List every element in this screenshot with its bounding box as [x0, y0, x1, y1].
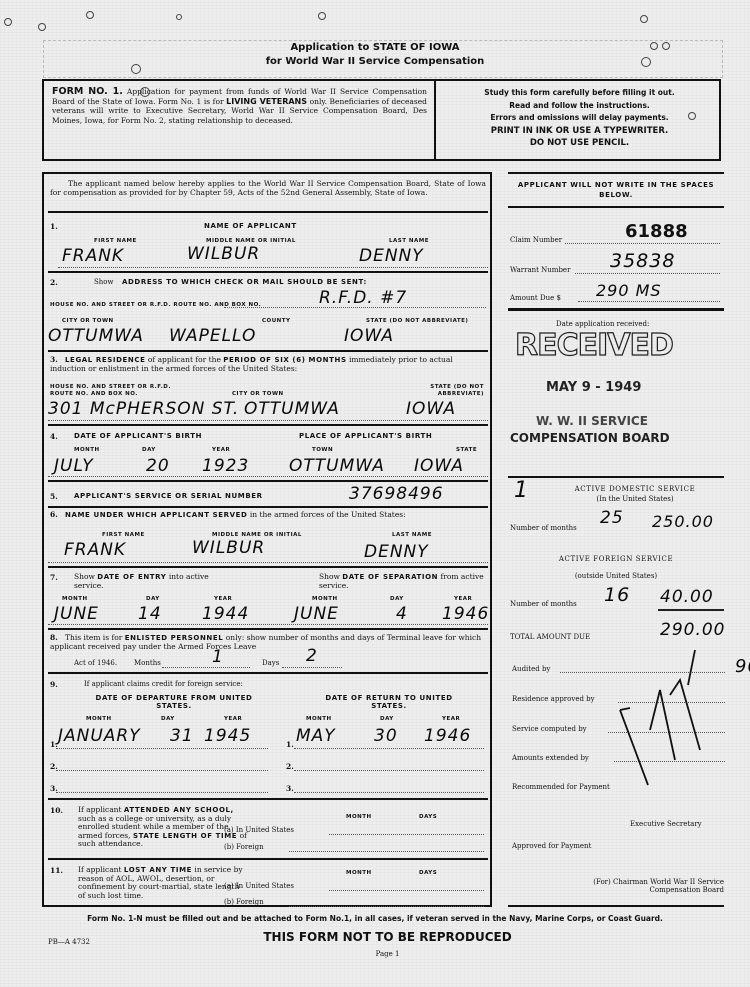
field-label: LAST NAME — [392, 532, 432, 538]
section-title: DATE OF APPLICANT'S BIRTH — [74, 432, 202, 440]
domestic-months-label: Number of months — [510, 524, 577, 532]
amount-due-value[interactable]: 290 MS — [596, 281, 662, 300]
divider — [48, 566, 488, 568]
instruction-line: Errors and omissions will delay payments… — [442, 112, 717, 125]
separation-title: Show DATE OF SEPARATION from active serv… — [319, 573, 489, 590]
entry-day-value[interactable]: 14 — [138, 604, 162, 624]
days-label: Days — [262, 659, 279, 667]
birth-day-value[interactable]: 20 — [146, 456, 170, 476]
bold-text: STATE LENGTH OF TIME — [133, 832, 237, 840]
section-number: 9. — [50, 680, 58, 689]
field-label: STATE (DO NOT ABBREVIATE) — [384, 384, 484, 398]
foreign-service-title: ACTIVE FOREIGN SERVICE — [508, 555, 724, 563]
mailing-city-value[interactable]: OTTUMWA — [48, 326, 144, 346]
mailing-street-value[interactable]: R.F.D. #7 — [319, 288, 407, 308]
divider — [48, 798, 488, 800]
return-title: DATE OF RETURN TO UNITED STATES. — [314, 694, 464, 710]
field-label: LAST NAME — [389, 238, 429, 244]
entry-title: Show DATE OF ENTRY into active service. — [74, 573, 234, 590]
field-label: FIRST NAME — [94, 238, 137, 244]
sum-underline — [658, 609, 724, 611]
divider — [508, 905, 724, 907]
received-stamp: RECEIVED — [515, 328, 673, 363]
fill-line — [224, 307, 486, 308]
fill-line — [289, 851, 484, 852]
mailing-state-value[interactable]: IOWA — [344, 326, 394, 346]
separation-month-value[interactable]: JUNE — [294, 604, 339, 624]
departure-title: DATE OF DEPARTURE FROM UNITED STATES. — [84, 694, 264, 710]
last-name-value[interactable]: DENNY — [359, 246, 424, 266]
section-number: 11. — [50, 866, 63, 875]
scan-speck — [640, 15, 648, 23]
office-use-header: APPLICANT WILL NOT WRITE IN THE SPACES B… — [508, 180, 724, 200]
divider — [508, 206, 724, 208]
field-label: YEAR — [214, 596, 232, 602]
act-label: Act of 1946. — [74, 659, 117, 667]
birth-town-value[interactable]: OTTUMWA — [289, 456, 385, 476]
field-label: CITY OR TOWN — [62, 318, 114, 324]
section-6-header: 6. NAME UNDER WHICH APPLICANT SERVED in … — [50, 511, 486, 520]
section-number: 1. — [50, 222, 58, 231]
field-label: DAY — [146, 596, 160, 602]
instruction-line: Read and follow the instructions. — [442, 100, 717, 113]
form-info-divider — [434, 81, 436, 159]
served-first-name-value[interactable]: FRANK — [64, 540, 126, 560]
birth-month-value[interactable]: JULY — [54, 456, 94, 476]
stamp-board-line-2: COMPENSATION BOARD — [510, 431, 670, 445]
leave-months-value[interactable]: 1 — [212, 647, 224, 667]
domestic-service-subtitle: (In the United States) — [540, 495, 730, 503]
fill-line — [575, 273, 720, 274]
section-number: 7. — [50, 573, 58, 582]
chairman-label: (For) Chairman World War II Service Comp… — [578, 878, 724, 894]
warrant-number-label: Warrant Number — [510, 266, 570, 274]
section-10-text: If applicant ATTENDED ANY SCHOOL, such a… — [78, 806, 248, 849]
section-number: 2. — [50, 278, 58, 287]
column-label: DAYS — [419, 870, 437, 876]
claim-number-value[interactable]: 61888 — [625, 221, 688, 242]
foreign-months-value[interactable]: 16 — [604, 584, 630, 606]
section-prefix: Show — [94, 278, 114, 286]
section-title: APPLICANT'S SERVICE OR SERIAL NUMBER — [74, 492, 263, 500]
row-number: 2. — [286, 762, 294, 771]
divider — [48, 424, 488, 426]
bold-text: DATE OF ENTRY — [97, 573, 166, 581]
stamp-board-line-1: W. W. II SERVICE — [536, 414, 648, 428]
amount-due-label: Amount Due $ — [510, 294, 561, 302]
page-number: Page 1 — [0, 950, 750, 958]
served-last-name-value[interactable]: DENNY — [364, 542, 429, 562]
leave-days-value[interactable]: 2 — [306, 646, 318, 666]
field-label: DAY — [390, 596, 404, 602]
separation-year-value[interactable]: 1946 — [442, 604, 489, 624]
fill-line — [58, 267, 488, 268]
form-description: FORM NO. 1. Application for payment from… — [52, 87, 427, 125]
scan-speck — [38, 23, 46, 31]
signature-initials — [600, 650, 710, 790]
foreign-service-subtitle: (outside United States) — [508, 572, 724, 580]
fill-line — [48, 624, 488, 625]
scan-speck — [86, 11, 94, 19]
received-stamp-date: MAY 9 - 1949 — [546, 380, 641, 395]
fill-line — [56, 748, 268, 749]
column-label: MONTH — [346, 870, 372, 876]
divider — [48, 506, 488, 508]
divider — [48, 672, 488, 674]
form-info-box: FORM NO. 1. Application for payment from… — [42, 79, 721, 161]
fill-line — [48, 476, 488, 477]
section-number: 4. — [50, 432, 58, 441]
departure-year-value[interactable]: 1945 — [204, 726, 251, 746]
section-11-text: If applicant LOST ANY TIME in service by… — [78, 866, 248, 900]
row-label: (a) In United States — [224, 826, 294, 834]
title-line-1: Application to STATE OF IOWA — [0, 42, 750, 53]
residence-state-value[interactable]: IOWA — [406, 399, 456, 419]
reproduction-warning: THIS FORM NOT TO BE REPRODUCED — [0, 930, 750, 944]
audited-by-label: Audited by — [512, 665, 550, 673]
instructions: Study this form carefully before filling… — [442, 87, 717, 150]
mailing-county-value[interactable]: WAPELLO — [169, 326, 256, 346]
fill-line — [294, 748, 484, 749]
fill-line — [48, 420, 488, 421]
fill-line — [282, 667, 342, 668]
divider — [508, 308, 724, 311]
fill-line — [162, 667, 250, 668]
serial-number-value[interactable]: 37698496 — [349, 484, 444, 504]
fill-line — [329, 834, 484, 835]
warrant-number-value[interactable]: 35838 — [610, 250, 675, 272]
birth-state-value[interactable]: IOWA — [414, 456, 464, 476]
claim-number-label: Claim Number — [510, 236, 562, 244]
field-label: COUNTY — [262, 318, 291, 324]
field-label: STATE — [456, 447, 477, 453]
field-label: YEAR — [212, 447, 230, 453]
scan-speck — [4, 18, 12, 26]
row-number: 1. — [286, 740, 294, 749]
field-label: YEAR — [454, 596, 472, 602]
domestic-check-mark: 1 — [514, 478, 529, 503]
scan-speck — [318, 12, 326, 20]
title-line-2: for World War II Service Compensation — [0, 56, 750, 67]
domestic-amount-value[interactable]: 250.00 — [652, 512, 714, 531]
applicant-section: The applicant named below hereby applies… — [42, 172, 492, 907]
return-month-value[interactable]: MAY — [296, 726, 336, 746]
section-8-header: 8. This item is for ENLISTED PERSONNEL o… — [50, 634, 486, 651]
executive-secretary-label: Executive Secretary — [630, 820, 702, 828]
field-label: TOWN — [312, 447, 333, 453]
fill-line — [294, 770, 484, 771]
fill-line — [56, 770, 268, 771]
total-amount-label: TOTAL AMOUNT DUE — [510, 633, 590, 641]
divider — [48, 628, 488, 630]
return-day-value[interactable]: 30 — [374, 726, 398, 746]
fill-line — [48, 562, 488, 563]
field-label: DAY — [380, 716, 394, 722]
section-number: 10. — [50, 806, 63, 815]
entry-month-value[interactable]: JUNE — [54, 604, 99, 624]
row-label: (a) In United States — [224, 882, 294, 890]
footer-note: Form No. 1-N must be filled out and be a… — [0, 914, 750, 923]
entry-year-value[interactable]: 1944 — [202, 604, 249, 624]
domestic-months-value[interactable]: 25 — [600, 508, 624, 528]
departure-month-value[interactable]: JANUARY — [58, 726, 141, 746]
residence-approved-label: Residence approved by — [512, 695, 595, 703]
field-label: DAY — [161, 716, 175, 722]
divider — [48, 858, 488, 860]
fill-line — [294, 792, 484, 793]
foreign-amount-value[interactable]: 40.00 — [660, 587, 714, 607]
field-label: MONTH — [312, 596, 338, 602]
column-label: DAYS — [419, 814, 437, 820]
recommended-payment-label: Recommended for Payment — [512, 783, 610, 791]
intro-text: The applicant named below hereby applies… — [50, 180, 486, 197]
section-number: 6. — [50, 510, 58, 519]
bold-text: NAME UNDER WHICH APPLICANT SERVED — [65, 511, 247, 519]
served-middle-name-value[interactable]: WILBUR — [192, 538, 265, 558]
fill-line — [565, 243, 720, 244]
section-text: If applicant claims credit for foreign s… — [84, 680, 243, 688]
divider — [48, 350, 488, 352]
foreign-months-label: Number of months — [510, 600, 577, 608]
margin-annotation: 90 — [735, 656, 750, 677]
field-label: CITY OR TOWN — [232, 391, 284, 397]
fill-line — [329, 890, 484, 891]
return-year-value[interactable]: 1946 — [424, 726, 471, 746]
column-label: MONTH — [346, 814, 372, 820]
departure-day-value[interactable]: 31 — [170, 726, 194, 746]
total-amount-value[interactable]: 290.00 — [660, 620, 725, 640]
section-number: 5. — [50, 492, 58, 501]
fill-line — [578, 301, 720, 302]
living-veterans-label: LIVING VETERANS — [226, 97, 307, 106]
divider — [48, 271, 488, 273]
residence-street-value[interactable]: 301 McPHERSON ST. — [48, 399, 239, 419]
birth-year-value[interactable]: 1923 — [202, 456, 249, 476]
field-label: MONTH — [86, 716, 112, 722]
domestic-service-title: ACTIVE DOMESTIC SERVICE — [540, 485, 730, 493]
months-label: Months — [134, 659, 161, 667]
instruction-line: Study this form carefully before filling… — [442, 87, 717, 100]
row-label: (b) Foreign — [224, 843, 264, 851]
field-label: STATE (DO NOT ABBREVIATE) — [366, 318, 468, 324]
residence-city-value[interactable]: OTTUMWA — [244, 399, 340, 419]
text: in the armed forces of the United States… — [250, 510, 406, 519]
section-title: NAME OF APPLICANT — [204, 222, 297, 230]
divider — [508, 476, 724, 478]
fill-line — [56, 792, 268, 793]
amounts-extended-label: Amounts extended by — [512, 754, 589, 762]
field-label: MONTH — [306, 716, 332, 722]
divider — [508, 172, 724, 174]
document-page: Application to STATE OF IOWA for World W… — [0, 0, 750, 987]
fill-line — [289, 906, 484, 907]
scan-speck — [176, 14, 182, 20]
field-label: FIRST NAME — [102, 532, 145, 538]
field-label: YEAR — [442, 716, 460, 722]
date-received-label: Date application received: — [556, 320, 649, 328]
approved-payment-label: Approved for Payment — [512, 842, 591, 850]
field-label: HOUSE NO. AND STREET OR R.F.D. ROUTE NO.… — [50, 384, 190, 398]
field-label: YEAR — [224, 716, 242, 722]
instruction-line: PRINT IN INK OR USE A TYPEWRITER. — [442, 125, 717, 138]
divider — [48, 211, 488, 213]
service-computed-label: Service computed by — [512, 725, 587, 733]
instruction-line: DO NOT USE PENCIL. — [442, 137, 717, 150]
field-label: MONTH — [74, 447, 100, 453]
middle-name-value[interactable]: WILBUR — [187, 244, 260, 264]
separation-day-value[interactable]: 4 — [396, 604, 408, 624]
section-3-header: 3. LEGAL RESIDENCE of applicant for the … — [50, 356, 486, 373]
section-title: ADDRESS TO WHICH CHECK OR MAIL SHOULD BE… — [122, 278, 367, 286]
field-label: MONTH — [62, 596, 88, 602]
field-label: DAY — [142, 447, 156, 453]
row-label: (b) Foreign — [224, 898, 264, 906]
divider — [48, 480, 488, 482]
form-number: FORM NO. 1. — [52, 86, 123, 97]
row-number: 3. — [286, 784, 294, 793]
bold-text: DATE OF SEPARATION — [342, 573, 438, 581]
first-name-value[interactable]: FRANK — [62, 246, 124, 266]
section-title: PLACE OF APPLICANT'S BIRTH — [299, 432, 432, 440]
